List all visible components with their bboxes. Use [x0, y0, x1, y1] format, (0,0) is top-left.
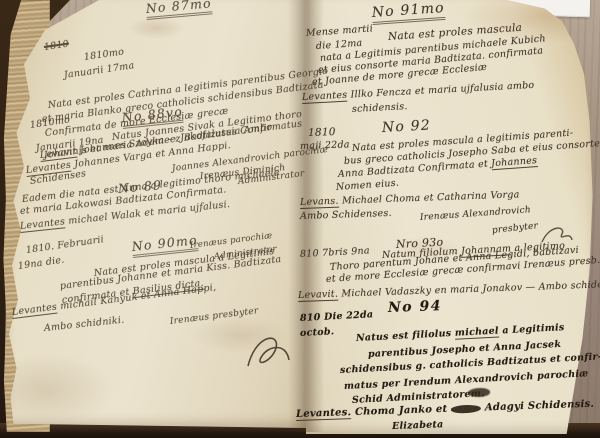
ink-blot-over-name: [451, 404, 481, 414]
entry-94-corrected-name: Elizabeta: [392, 419, 444, 432]
entry-93-levavit-word: Levavit.: [298, 289, 339, 302]
entry-91-levantes-word: Levantes: [302, 90, 348, 104]
entry-94-child-name: michael: [455, 326, 499, 340]
signature-flourish: [242, 328, 294, 374]
entry-92-date2: maji 22da: [300, 139, 350, 152]
entry-92-header: No 92: [382, 117, 432, 137]
entry-94-header: No 94: [388, 298, 443, 316]
entry-94-levantes-word: Levantes.: [296, 407, 352, 421]
entry-92-date: 1810: [308, 126, 336, 139]
photo-of-register-book: No 87mo 1810 1810mo Januarii 17ma Nata e…: [0, 0, 600, 438]
ink-blot: [468, 388, 490, 397]
entry-92-levans-word: Levans.: [300, 196, 339, 209]
entry-94-date2: octob.: [300, 326, 335, 339]
